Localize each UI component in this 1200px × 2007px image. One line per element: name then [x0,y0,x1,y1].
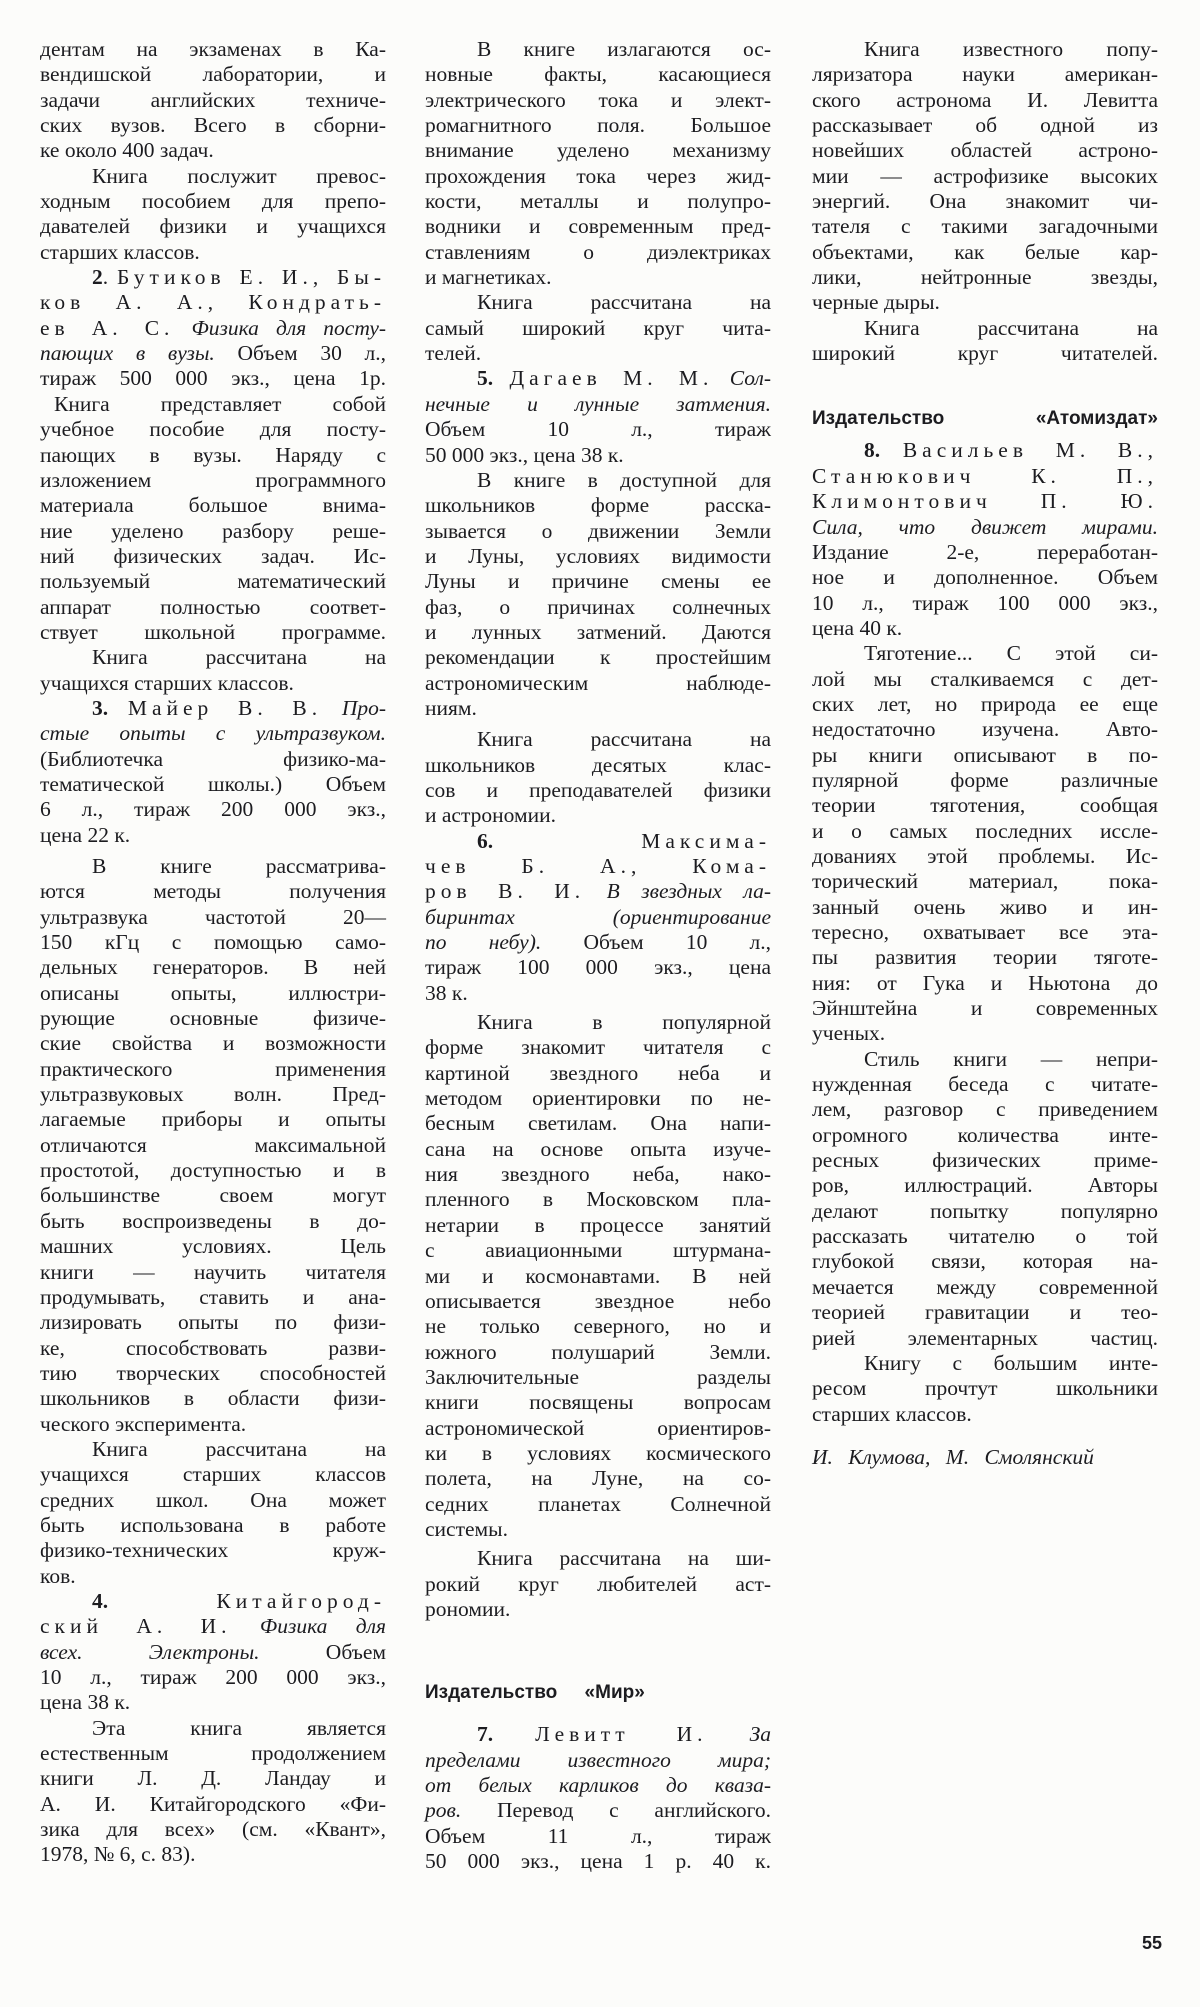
text-line: описаны опыты, иллюстри- [40,981,386,1006]
column-left: дентам на экзаменах в Ка- вендишской лаб… [40,37,386,1868]
entry-meta: ное и дополненное. Объем [812,565,1158,590]
entry-author: Дагаев М. М. [509,366,713,390]
text-line: учебное пособие для посту- [40,417,386,442]
text-line: Книга рассчитана на [40,645,386,670]
entry-meta: 38 к. [425,981,771,1006]
text-line: недостаточно изучена. Авто- [812,717,1158,742]
entry-header-line: 2. Бутиков Е. И., Бы- [40,265,386,290]
text-line: и астрономии. [425,803,771,828]
text-line: прохождения тока через жид- [425,164,771,189]
text-line: пающих в вузы. Наряду с [40,443,386,468]
text-line: ке около 400 задач. [40,138,386,163]
text-line: энергий. Она знакомит чи- [812,189,1158,214]
entry-author: Левитт И. [535,1722,707,1746]
entry-number: 6. [477,829,493,853]
entry-header-line: ров В. И. В звездных ла- [425,879,771,904]
book-entry-8: 8. Васильев М. В., Станюкович К. П., Кли… [812,438,1158,1426]
book-entry-3: 3. Майер В. В. Про- стые опыты с ультраз… [40,696,386,1589]
book-entry-4: 4. Китайгород- ский А. И. Физика для все… [40,1589,386,1868]
spacer [812,366,1158,404]
text-line: книги — научить читателя [40,1260,386,1285]
column-right: Книга известного попу- ляризатора науки … [812,37,1158,1470]
text-line: ния: от Гука и Ньютона до [812,971,1158,996]
text-line: школьников форме расска- [425,493,771,518]
entry-meta: 50 000 экз., цена 1 р. 40 к. [425,1849,771,1874]
text-line: рономии. [425,1597,771,1622]
column-middle: В книге излагаются ос- новные факты, кас… [425,37,771,1874]
entry-meta: Объем 10 л., тираж [425,417,771,442]
text-line: быть воспроизведены в до- [40,1209,386,1234]
book-entry-6: 6. Максима- чев Б. А., Кома- ров В. И. В… [425,829,771,1623]
publisher-name: «Атомиздат» [1036,408,1158,429]
text-line: книги Л. Д. Ландау и [40,1766,386,1791]
text-line: кости, металлы и полупро- [425,189,771,214]
paragraph-intro-continued: дентам на экзаменах в Ка- вендишской лаб… [40,37,386,164]
text-line: глубокой связи, которая на- [812,1249,1158,1274]
text-line: лой мы сталкиваемся с дет- [812,667,1158,692]
text-line: астрономической ориентиров- [425,1416,771,1441]
text-line: сана на основе опыта изуче- [425,1137,771,1162]
text-line: Книга послужит превос- [40,164,386,189]
book-entry-5: 5. Дагаев М. М. Сол- нечные и лунные зат… [425,366,771,828]
text-line: рассказывает об одной из [812,113,1158,138]
text-line: Книга рассчитана на [425,727,771,752]
text-line: полета, на Луне, на со- [425,1466,771,1491]
entry-title: пределами известного мира; [425,1748,771,1773]
text-line: Книга в популярной [425,1010,771,1035]
text-line: с авиационными штурмана- [425,1238,771,1263]
entry-author: ев А. С. [40,316,174,340]
text-line: продумывать, ставить и ана- [40,1285,386,1310]
text-line: 150 кГц с помощью само- [40,930,386,955]
entry-number: 3. [92,696,108,720]
entry-header-line: всех. Электроны. Объем [40,1640,386,1665]
text-line: материала большое внима- [40,493,386,518]
entry-header-line: ров. Перевод с английского. [425,1798,771,1823]
text-line: рией элементарных частиц. [812,1326,1158,1351]
text-line: ков. [40,1564,386,1589]
text-line: и Луны, условиях видимости [425,544,771,569]
entry-title: по небу). [425,930,541,954]
text-line: рекомендации к простейшим [425,645,771,670]
text-line: дельных генераторов. В ней [40,955,386,980]
text-line: занный очень живо и ин- [812,895,1158,920]
text-line: картиной звездного неба и [425,1061,771,1086]
entry-title: Сол- [730,366,771,390]
text-line: ультразвука частотой 20— [40,905,386,930]
text-line: Заключительные разделы [425,1365,771,1390]
text-line: пы развития теории тяготе- [812,945,1158,970]
text-line: практического применения [40,1057,386,1082]
text-line: тию творческих способностей [40,1361,386,1386]
entry-meta: Объем 10 л., [583,930,771,954]
text-line: новейших областей астроно- [812,138,1158,163]
text-line: ученых. [812,1021,1158,1046]
book-entry-2: 2. Бутиков Е. И., Бы- ков А. А., Кондрат… [40,265,386,696]
text-line: В книге излагаются ос- [425,37,771,62]
text-line: физико-технических круж- [40,1538,386,1563]
text-line: большинстве своем могут [40,1183,386,1208]
text-line: школьников десятых клас- [425,753,771,778]
text-line: машних условиях. Цель [40,1234,386,1259]
text-line: ниям. [425,696,771,721]
text-line: Книга рассчитана на ши- [425,1546,771,1571]
text-line: лагаемые приборы и опыты [40,1107,386,1132]
text-line: отличаются максимальной [40,1133,386,1158]
entry-number: 4. [92,1589,108,1613]
text-line: естественным продолжением [40,1741,386,1766]
paragraph-intro-audience: Книга послужит превос- ходным пособием д… [40,164,386,265]
publisher-heading-atomizdat: Издательство «Атомиздат» [812,404,1158,434]
text-line: средних школ. Она может [40,1488,386,1513]
text-line: рассказать читателю о той [812,1224,1158,1249]
text-line: теории тяготения, сообщая [812,793,1158,818]
text-line: учащихся старших классов. [40,671,386,696]
text-line: В книге рассматрива- [40,854,386,879]
entry-meta: Перевод с английского. [497,1798,771,1822]
text-line: ми и космонавтами. В ней [425,1264,771,1289]
entry-header-line: 8. Васильев М. В., [812,438,1158,463]
entry-meta: 10 л., тираж 100 000 экз., [812,591,1158,616]
entry-header-line: 3. Майер В. В. Про- [40,696,386,721]
entry-author: Климонтович П. Ю. [812,489,1158,514]
text-line: аппарат полностью соответ- [40,595,386,620]
text-line: фаз, о причинах солнечных [425,595,771,620]
entry-author: Васильев М. В., [903,438,1158,462]
text-line: черные дыры. [812,290,1158,315]
book-entry-7: 7. Левитт И. За пределами известного мир… [425,1722,771,1874]
text-line: ние уделено разбору реше- [40,519,386,544]
text-line: 1978, № 6, с. 83). [40,1842,386,1867]
text-line: ры книги описывают в по- [812,743,1158,768]
entry-title: Про- [342,696,386,720]
text-line: ходным пособием для препо- [40,189,386,214]
text-line: Книга рассчитана на [40,1437,386,1462]
text-line: астрономическим наблюде- [425,671,771,696]
entry-header-line: 5. Дагаев М. М. Сол- [425,366,771,391]
entry-meta: Издание 2-е, переработан- [812,540,1158,565]
text-line: задачи английских техниче- [40,88,386,113]
text-line: школьников в области физи- [40,1386,386,1411]
text-line: ров, иллюстраций. Авторы [812,1173,1158,1198]
text-line: ских лет, но природа ее еще [812,692,1158,717]
entry-title: Сила, что движет мирами. [812,515,1158,540]
text-line: зывается о движении Земли [425,519,771,544]
text-line: ются методы получения [40,879,386,904]
text-line: сов и преподавателей физики [425,778,771,803]
entry-header-line: 7. Левитт И. За [425,1722,771,1747]
entry-meta: 6 л., тираж 200 000 экз., [40,797,386,822]
entry-author: Китайгород- [216,1589,386,1613]
entry-meta: 50 000 экз., цена 38 к. [425,443,771,468]
text-line: книги посвящены вопросам [425,1390,771,1415]
entry-title: В звездных ла- [607,879,771,903]
text-line: Луны и причине смены ее [425,569,771,594]
text-line: рокий круг любителей аст- [425,1572,771,1597]
text-line: вендишской лаборатории, и [40,62,386,87]
text-line: учащихся старших классов [40,1462,386,1487]
entry-meta: цена 22 к. [40,823,386,848]
entry-title: ров. [425,1798,461,1822]
text-line: ке, способствовать разви- [40,1336,386,1361]
text-line: ческого эксперимента. [40,1412,386,1437]
spacer [425,1622,771,1678]
text-line: дованиях этой проблемы. Ис- [812,844,1158,869]
entry-header-line: 6. Максима- [425,829,771,854]
text-line: и магнетиках. [425,265,771,290]
text-line: тересно, охватывает все эта- [812,920,1158,945]
text-line: южного полушарий Земли. [425,1340,771,1365]
text-line: Стиль книги — непри- [812,1047,1158,1072]
entry-author: ров В. И. [425,879,585,903]
entry-header-line: ев А. С. Физика для посту- [40,316,386,341]
text-line: объектами, как белые кар- [812,240,1158,265]
text-line: телей. [425,341,771,366]
text-line: ресных физических приме- [812,1148,1158,1173]
text-line: ний физических задач. Ис- [40,544,386,569]
entry-author: чев Б. А., Кома- [425,854,771,879]
text-line: Эта книга является [40,1716,386,1741]
text-line: лики, нейтронные звезды, [812,265,1158,290]
entry-author: ский А. И. [40,1614,232,1638]
text-line: ромагнитного поля. Большое [425,113,771,138]
text-line: простотой, доступностью и в [40,1158,386,1183]
entry-number: 5. [477,366,493,390]
text-line: ского астронома И. Левитта [812,88,1158,113]
text-line: методом ориентировки по не- [425,1086,771,1111]
text-line: и о самых последних иссле- [812,819,1158,844]
text-line: электрического тока и элект- [425,88,771,113]
publisher-label: Издательство [425,1682,557,1703]
entry-author: Бутиков Е. И., Бы- [117,265,386,289]
text-line: лизировать опыты по физи- [40,1310,386,1335]
text-line: старших классов. [812,1402,1158,1427]
text-line: ских вузов. Всего в сборни- [40,113,386,138]
paragraph-entry7-review: Книга известного попу- ляризатора науки … [812,37,1158,366]
entry-title: от белых карликов до кваза- [425,1773,771,1798]
entry-title: За [750,1722,771,1746]
entry-meta: 10 л., тираж 200 000 экз., [40,1665,386,1690]
publisher-heading-mir: Издательство «Мир» [425,1678,771,1708]
text-line: ставлениям о диэлектриках [425,240,771,265]
entry-header-line: пающих в вузы. Объем 30 л., [40,341,386,366]
text-line: быть использована в работе [40,1513,386,1538]
text-line: ствует школьной программе. [40,620,386,645]
entry-meta: Объем 30 л., [237,341,386,365]
text-line: пленного в Московском пла- [425,1187,771,1212]
entry-title: биринтах (ориентирование [425,905,771,930]
entry-number: 8. [864,438,880,462]
text-line: ультразвуковых волн. Пред- [40,1082,386,1107]
text-line: пулярной форме различные [812,768,1158,793]
page-number: 55 [1142,1933,1162,1954]
text-line: ки в условиях космического [425,1441,771,1466]
text-line: мии — астрофизике высоких [812,164,1158,189]
text-line: Книгу с большим инте- [812,1351,1158,1376]
text-line: рующие основные физиче- [40,1006,386,1031]
text-line: В книге в доступной для [425,468,771,493]
entry-meta: цена 40 к. [812,616,1158,641]
entry-meta: тираж 100 000 экз., цена [425,955,771,980]
text-line: системы. [425,1517,771,1542]
spacer [425,1708,771,1722]
entry-author: ков А. А., Кондрать- [40,290,386,315]
review-signature: И. Клумова, М. Смолянский [812,1445,1158,1470]
text-line: нетарии в процессе занятий [425,1213,771,1238]
spacer [812,1427,1158,1445]
entry-meta: Объем 11 л., тираж [425,1824,771,1849]
text-line: делают попытку популярно [812,1199,1158,1224]
text-line: Тяготение... С этой си- [812,641,1158,666]
entry-number: 2 [92,265,103,289]
text-line: бесным светилам. Она напи- [425,1111,771,1136]
entry-header-line: по небу). Объем 10 л., [425,930,771,955]
text-line: описывается звездное небо [425,1289,771,1314]
text-line: новные факты, касающиеся [425,62,771,87]
text-line: внимание уделено механизму [425,138,771,163]
entry-number: 7. [477,1722,493,1746]
text-line: не только северного, но и [425,1314,771,1339]
entry-author: Майер В. В. [128,696,322,720]
publisher-label: Издательство [812,408,944,429]
text-line: Книга рассчитана на [812,316,1158,341]
entry-meta: тематической школы.) Объем [40,772,386,797]
text-line: Эйнштейна и современных [812,996,1158,1021]
text-line: торический материал, пока- [812,869,1158,894]
entry-author: Максима- [641,829,771,853]
entry-title: Физика для посту- [191,316,386,340]
text-line: Книга представляет собой [40,392,386,417]
text-line: форме знакомит читателя с [425,1035,771,1060]
text-line: широкий круг читателей. [812,341,1158,366]
text-line: и лунных затмений. Даются [425,620,771,645]
entry-meta: тираж 500 000 экз., цена 1р. [40,366,386,391]
text-line: мечается между современной [812,1275,1158,1300]
text-line: ские свойства и возможности [40,1031,386,1056]
text-line: ния звездного неба, нако- [425,1162,771,1187]
text-line: ресом прочтут школьники [812,1376,1158,1401]
entry-title: пающих в вузы. [40,341,215,365]
text-line: пользуемый математический [40,569,386,594]
text-line: изложением программного [40,468,386,493]
text-line: теорией гравитации и тео- [812,1300,1158,1325]
entry-meta: Объем [326,1640,386,1664]
text-line: водники и современным пред- [425,214,771,239]
text-line: нужденная беседа с читате- [812,1072,1158,1097]
text-line: ляризатора науки американ- [812,62,1158,87]
entry-title: нечные и лунные затмения. [425,392,771,417]
entry-meta: цена 38 к. [40,1690,386,1715]
text-line: самый широкий круг чита- [425,316,771,341]
entry-title: Физика для [260,1614,386,1638]
entry-meta: (Библиотечка физико-ма- [40,747,386,772]
paragraph-intro: В книге излагаются ос- новные факты, кас… [425,37,771,366]
entry-header-line: ский А. И. Физика для [40,1614,386,1639]
text-line: лем, разговор с приведением [812,1097,1158,1122]
text-line: седних планетах Солнечной [425,1492,771,1517]
text-line: давателей физики и учащихся [40,214,386,239]
publisher-name: «Мир» [585,1682,645,1703]
entry-title: всех. Электроны. [40,1640,260,1664]
text-line: старших классов. [40,240,386,265]
text-line: Книга известного попу- [812,37,1158,62]
entry-title: стые опыты с ультразвуком. [40,721,386,746]
text-line: Книга рассчитана на [425,290,771,315]
text-line: дентам на экзаменах в Ка- [40,37,386,62]
text-line: А. И. Китайгородского «Фи- [40,1792,386,1817]
entry-author: Станюкович К. П., [812,464,1158,489]
text-line: тателя с такими загадочными [812,214,1158,239]
text-line: зика для всех» (см. «Квант», [40,1817,386,1842]
text-line: огромного количества инте- [812,1123,1158,1148]
entry-header-line: 4. Китайгород- [40,1589,386,1614]
